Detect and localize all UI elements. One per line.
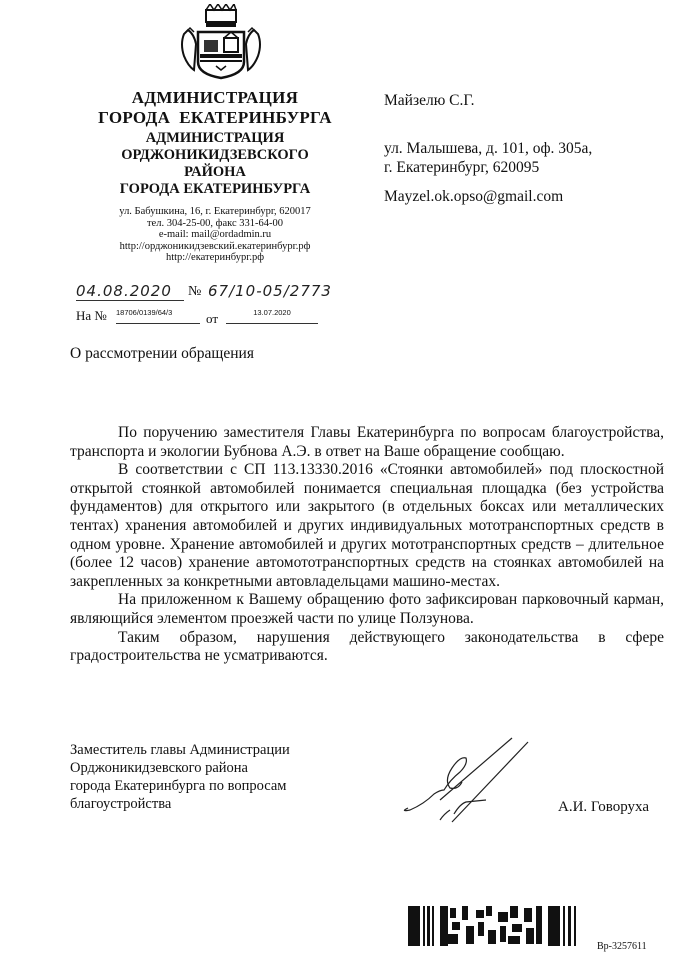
org-phone: тел. 304-25-00, факс 331-64-00	[70, 218, 360, 230]
outgoing-date: 04.08.2020	[76, 282, 184, 301]
ref-number: 18706/0139/64/3	[116, 308, 200, 324]
barcode-icon	[408, 906, 593, 946]
registration-code: Вр-3257611	[597, 941, 647, 952]
org-address: ул. Бабушкина, 16, г. Екатеринбург, 6200…	[70, 206, 360, 218]
recipient-address-line-2: г. Екатеринбург, 620095	[384, 158, 539, 177]
ref-label: На №	[76, 308, 107, 324]
org-line-1: АДМИНИСТРАЦИЯ	[70, 88, 360, 108]
body-paragraph: В соответствии с СП 113.13330.2016 «Стоя…	[70, 461, 664, 591]
letterhead-contacts: ул. Бабушкина, 16, г. Екатеринбург, 6200…	[70, 206, 360, 264]
outgoing-registration: 04.08.2020 № 67/10-05/2773	[76, 282, 376, 306]
ref-date: 13.07.2020	[226, 308, 318, 324]
signatory-title: Заместитель главы Администрации Орджоник…	[70, 741, 290, 813]
org-line-2: ГОРОДА ЕКАТЕРИНБУРГА	[70, 108, 360, 128]
coat-of-arms-icon	[176, 4, 266, 82]
signatory-title-line-4: благоустройства	[70, 795, 290, 813]
recipient-name: Майзелю С.Г.	[384, 91, 474, 110]
signatory-title-line-2: Орджоникидзевского района	[70, 759, 290, 777]
recipient-email: Mayzel.ok.opso@gmail.com	[384, 187, 563, 206]
signatory-title-line-3: города Екатеринбурга по вопросам	[70, 777, 290, 795]
signatory-title-line-1: Заместитель главы Администрации	[70, 741, 290, 759]
recipient-address-line-1: ул. Малышева, д. 101, оф. 305а,	[384, 139, 592, 158]
subject-line: О рассмотрении обращения	[70, 345, 254, 363]
letter-body: По поручению заместителя Главы Екатеринб…	[70, 424, 664, 666]
signature-icon	[400, 730, 540, 840]
dept-line-4: ГОРОДА ЕКАТЕРИНБУРГА	[70, 181, 360, 198]
dept-line-2: ОРДЖОНИКИДЗЕВСКОГО	[70, 147, 360, 164]
body-paragraph: Таким образом, нарушения действующего за…	[70, 629, 664, 666]
dept-line-3: РАЙОНА	[70, 164, 360, 181]
dept-name: АДМИНИСТРАЦИЯ ОРДЖОНИКИДЗЕВСКОГО РАЙОНА …	[70, 130, 360, 198]
ref-from-label: от	[206, 311, 218, 327]
signatory-name: А.И. Говоруха	[558, 799, 649, 816]
body-paragraph: На приложенном к Вашему обращению фото з…	[70, 591, 664, 628]
outgoing-number: 67/10-05/2773	[208, 282, 332, 300]
dept-line-1: АДМИНИСТРАЦИЯ	[70, 130, 360, 147]
org-site-2: http://екатеринбург.рф	[70, 252, 360, 264]
org-name: АДМИНИСТРАЦИЯ ГОРОДА ЕКАТЕРИНБУРГА	[70, 88, 360, 128]
incoming-reference: На № 18706/0139/64/3 от 13.07.2020	[76, 306, 376, 328]
number-label: №	[188, 284, 201, 300]
org-email: e-mail: mail@ordadmin.ru	[70, 229, 360, 241]
body-paragraph: По поручению заместителя Главы Екатеринб…	[70, 424, 664, 461]
org-site-1: http://орджоникидзевский.екатеринбург.рф	[70, 241, 360, 253]
